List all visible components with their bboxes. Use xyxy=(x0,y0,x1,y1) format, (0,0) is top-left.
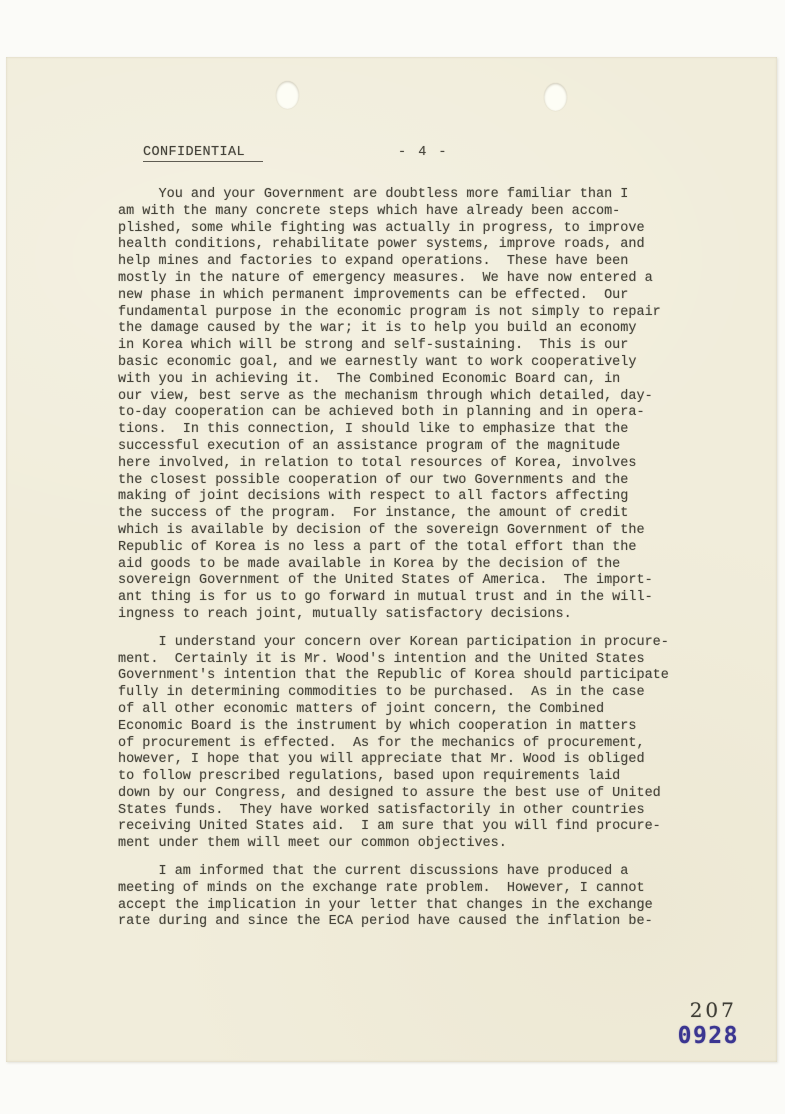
typed-page-id: 207 xyxy=(678,998,739,1022)
classification-marking: CONFIDENTIAL xyxy=(143,145,263,162)
page-number: - 4 - xyxy=(398,145,449,160)
archive-stamp-number: 0928 xyxy=(678,1023,739,1049)
scan-background: { "document": { "classification": "CONFI… xyxy=(0,0,785,1114)
document-page: CONFIDENTIAL - 4 - You and your Governme… xyxy=(6,57,777,1062)
hole-punch-right xyxy=(544,83,567,111)
letter-body: You and your Government are doubtless mo… xyxy=(118,187,718,942)
hole-punch-left xyxy=(276,81,299,109)
page-header: CONFIDENTIAL - 4 - xyxy=(6,145,777,165)
footer-identifiers: 207 0928 xyxy=(678,998,739,1049)
paragraph-economic-program: You and your Government are doubtless mo… xyxy=(118,187,718,624)
paragraph-procurement: I understand your concern over Korean pa… xyxy=(118,635,718,853)
paragraph-exchange-rate: I am informed that the current discussio… xyxy=(118,864,718,931)
